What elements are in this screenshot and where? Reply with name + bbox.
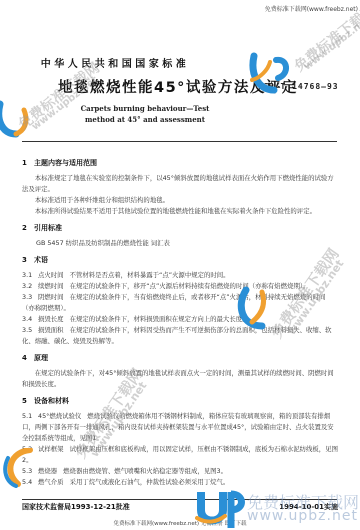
section-4-heading: 4原理 — [22, 353, 338, 364]
header-divider — [22, 141, 337, 142]
document-body: 1主题内容与适用范围 本标准规定了地毯在实验室的控制条件下，以45°倾斜放置的地… — [22, 152, 338, 488]
equipment-item: 5.3燃烧器燃烧器由燃烧管、燃气喷嘴和火焰稳定器等组成，见图3。 — [22, 466, 338, 477]
implementation-date: 1994-10-01实施 — [279, 502, 338, 512]
term-item: 3.3阴燃时间在规定的试验条件下，当有焰燃烧终止后，或者移开“点”火源后，材料持… — [22, 292, 338, 314]
equipment-item: 5.2试样框架试样框架由压框和底板构成，用以固定试样，压框由不锈钢制成，底板为石… — [22, 444, 338, 466]
section-4-paragraph: 在规定的试验条件下，对45°倾斜放置的地毯试样表面点火一定的时间，测量其试样的续… — [22, 368, 338, 390]
term-item: 3.4损毁长度在规定的试验条件下，材料损毁面积在规定方向上的最大长度。 — [22, 314, 338, 325]
section-5-heading: 5设备和材料 — [22, 396, 338, 407]
bottom-download-note: 免费标准下载网(www.freebz.net) 无需注册 即可下载 — [0, 519, 360, 527]
watermark-url-text: www.upbz.net — [302, 14, 360, 72]
equipment-item: 5.145°燃烧试验仪燃烧试验仪的燃烧箱体用不锈钢材料制成，箱体应装有玻璃观察窗… — [22, 411, 338, 444]
document-page: 免费标准下载网(www.freebz.net) 中华人民共和国国家标准 地毯燃烧… — [0, 0, 360, 530]
term-item: 3.1点火时间不管材料是否点着，材料暴露于“点”火源中规定的时间。 — [22, 270, 338, 281]
section-3-heading: 3术语 — [22, 255, 338, 266]
equipment-item: 5.4燃气介质采用丁烷气或液化石油气，仲裁性试验必须采用丁烷气。 — [22, 477, 338, 488]
section-1-paragraph-1: 本标准规定了地毯在实验室的控制条件下，以45°倾斜放置的地毯试样表面在火焰作用下… — [22, 173, 338, 195]
document-title-cn: 地毯燃烧性能45°试验方法及评定 — [58, 76, 298, 97]
national-standard-heading: 中华人民共和国国家标准 — [0, 55, 230, 70]
footer: 国家技术监督局1993-12-21批准 1994-10-01实施 — [22, 502, 338, 512]
footer-divider — [22, 499, 337, 500]
referenced-standard: GB 5457 纺织品及纺织制品的燃烧性能 词汇表 — [22, 238, 338, 249]
approval-date: 国家技术监督局1993-12-21批准 — [22, 503, 130, 511]
term-item: 3.2续燃时间在规定的试验条件下，移开“点”火源后材料持续有焰燃烧的时间（亦称有… — [22, 281, 338, 292]
document-title-en-line1: Carpets burning behaviour—Test — [0, 104, 290, 113]
top-download-note: 免费标准下载网(www.freebz.net) — [265, 4, 358, 13]
section-1-paragraph-3: 本标准所得试验结果不适用于其他试验位置的地毯燃烧性能和地毯在实际着火条件下危险性… — [22, 206, 338, 217]
section-1-heading: 1主题内容与适用范围 — [22, 158, 338, 169]
section-1-paragraph-2: 本标准适用于各种纤维组分和组织结构的地毯。 — [22, 195, 338, 206]
section-2-heading: 2引用标准 — [22, 223, 338, 234]
term-item: 3.5损毁面积在规定的试验条件下，材料因受热而产生不可逆损伤部分的总面积，包括材… — [22, 325, 338, 347]
document-title-en-line2: method at 45° and assessment — [0, 115, 290, 124]
standard-code: GB/T 14768—93 — [263, 82, 339, 91]
